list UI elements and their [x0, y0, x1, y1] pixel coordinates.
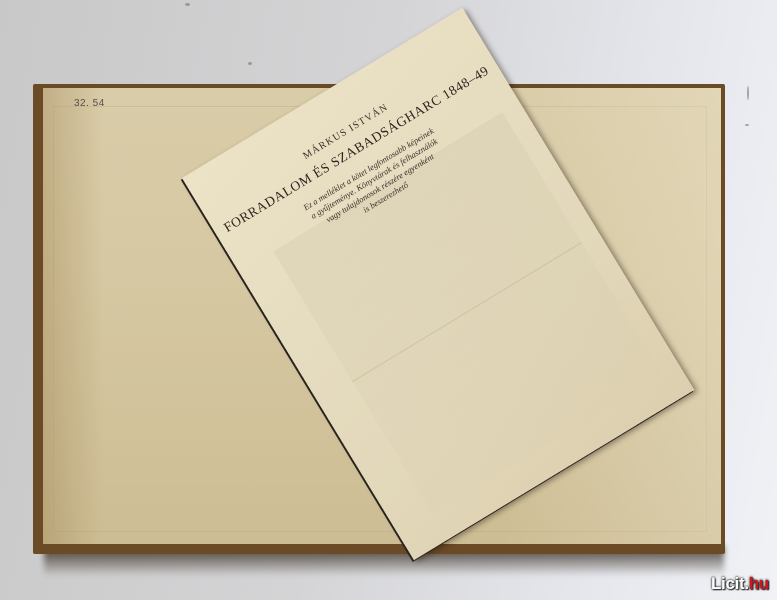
dust-speck: [185, 3, 190, 6]
watermark-tld: hu: [749, 574, 769, 593]
photo-scene: 32. 54 MÁRKUS ISTVÁN FORRADALOM ÉS SZABA…: [0, 0, 777, 600]
dust-speck: [248, 62, 252, 65]
dust-speck: [745, 124, 749, 126]
shelf-mark: 32. 54: [74, 98, 105, 109]
watermark: Licit.hu: [711, 574, 769, 594]
dust-speck: [747, 86, 749, 100]
watermark-main: Licit.: [711, 574, 749, 593]
